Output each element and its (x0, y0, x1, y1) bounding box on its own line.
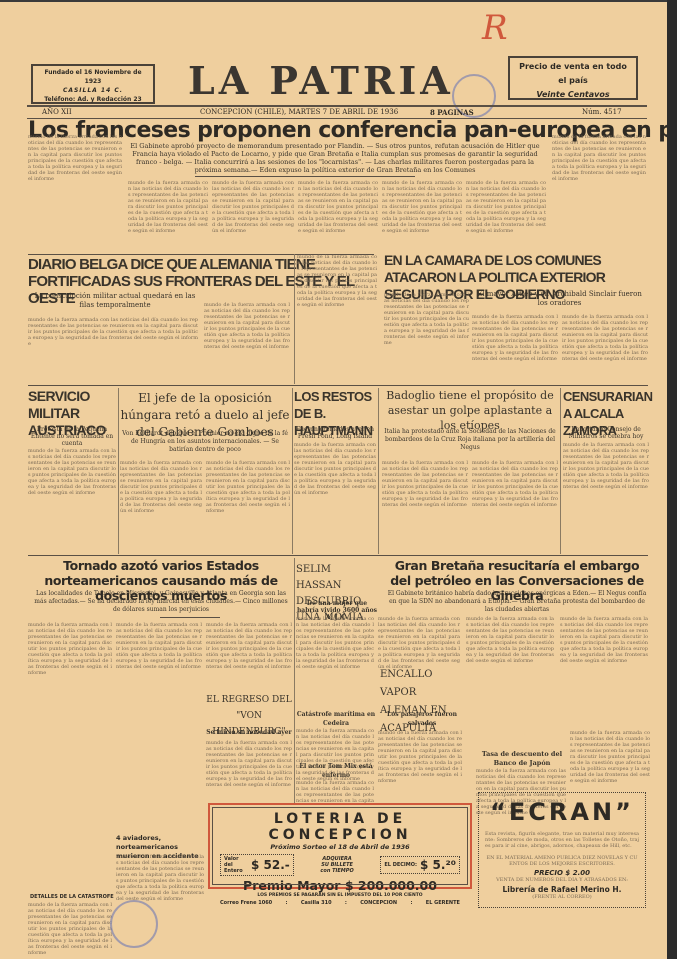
tornado-deck: Las localidades de Tupelo en Mississipi,… (32, 590, 290, 614)
article-body: mundo de la fuerza armada con las notici… (570, 730, 650, 782)
dateline: CONCEPCION (CHILE), MARTES 7 DE ABRIL DE… (200, 108, 398, 117)
badoglio-deck: Italia ha protestado ante la Sociedad de… (382, 428, 558, 452)
petroleo-deck: El Gabinete británico habría dado instru… (386, 590, 648, 614)
tommix-headline: El actor Tom Mix está enfermo (296, 762, 376, 780)
ecran-title: “ECRAN” (485, 797, 639, 827)
article-body: mundo de la fuerza armada con las notici… (466, 616, 554, 726)
article-body: mundo de la fuerza armada con las notici… (382, 180, 462, 246)
price-box: Precio de venta en todo el país Veinte C… (508, 56, 638, 100)
newspaper-page: R Fundado el 16 Noviembre de 1923 CASILL… (0, 2, 667, 959)
article-body: mundo de la fuerza armada con las notici… (212, 180, 294, 252)
page-count: 8 PAGINAS (430, 108, 474, 117)
tornado-subhead: DETALLES DE LA CATASTROFE (30, 894, 114, 900)
article-body: mundo de la fuerza armada con las notici… (476, 768, 566, 782)
article-body: mundo de la fuerza armada con las notici… (563, 442, 649, 552)
article-body: mundo de la fuerza armada con las notici… (28, 134, 122, 249)
buy-reminder: ADQUIERA SU BILLETE con TIEMPO (320, 856, 353, 874)
article-body: mundo de la fuerza armada con las notici… (466, 180, 546, 246)
entero-price: Valor del Entero $ 52.- (220, 854, 294, 876)
article-body: mundo de la fuerza armada con las notici… (472, 460, 558, 552)
masthead-info-box: Fundado el 16 Noviembre de 1923 CASILLA … (31, 64, 155, 104)
ecran-address: (FRENTE AL CORREO) (485, 894, 639, 900)
cedeira-headline: Catástrofe marítima en Cedeira (296, 710, 376, 728)
lottery-footer: Correo Frene 1060: Casilla 310: CONCEPCI… (220, 900, 460, 906)
lottery-title: LOTERIA DE CONCEPCION (220, 811, 460, 843)
article-body: mundo de la fuerza armada con las notici… (206, 740, 292, 800)
red-pencil-mark: R (482, 8, 508, 48)
article-body: mundo de la fuerza armada con las notici… (120, 460, 202, 552)
reminder-line: con TIEMPO (320, 868, 353, 874)
issue-year: AÑO XII (42, 108, 72, 117)
article-body: mundo de la fuerza armada con las notici… (472, 314, 558, 384)
page-edge (667, 0, 677, 959)
japon-headline: Tasa de descuento del Banco de Japón (476, 750, 568, 768)
manager-text: EL GERENTE (426, 900, 460, 906)
article-body: mundo de la fuerza armada con las notici… (28, 902, 112, 922)
po-box-text: Casilla 310 (301, 900, 332, 906)
article-body: mundo de la fuerza armada con las notici… (28, 622, 112, 892)
decimo-value: $ 5.²⁰ (420, 858, 456, 872)
article-body: mundo de la fuerza armada con las notici… (552, 134, 646, 244)
article-body: mundo de la fuerza armada con las notici… (297, 254, 377, 382)
article-body: mundo de la fuerza armada con las notici… (384, 292, 469, 384)
hindenburg-deck: Se inició su novedad ayer (206, 728, 292, 737)
phone-text: Teléfono: Ad. y Redacción 23 (37, 95, 149, 104)
issue-number: Núm. 4517 (582, 108, 622, 117)
ecran-ad: “ECRAN” Esta revista, figurín elegante, … (478, 792, 646, 908)
article-body: mundo de la fuerza armada con las notici… (28, 448, 116, 552)
article-body: mundo de la fuerza armada con las notici… (382, 460, 468, 552)
article-body: mundo de la fuerza armada con las notici… (116, 622, 202, 822)
article-body: mundo de la fuerza armada con las notici… (128, 180, 208, 252)
prize-note: LOS PREMIOS SE PAGARAN SIN EL IMPUESTO D… (220, 893, 460, 898)
acapulco-deck: Los pasajeros fueron salvados (380, 710, 464, 728)
article-body: mundo de la fuerza armada con las notici… (206, 460, 290, 552)
article-body: mundo de la fuerza armada con las notici… (296, 780, 374, 802)
founded-text: Fundado el 16 Noviembre de 1923 (37, 68, 149, 86)
article-body: mundo de la fuerza armada con las notici… (562, 314, 648, 384)
comunes-deck: El mayor Attlee y sir Archibald Sinclair… (472, 290, 647, 308)
article-body: mundo de la fuerza armada con las notici… (296, 728, 374, 760)
price-value: Veinte Centavos (514, 88, 632, 102)
entero-label: Valor del Entero (224, 856, 248, 874)
article-body: mundo de la fuerza armada con las notici… (28, 317, 198, 381)
grand-prize: Premio Mayor $ 200.000.00 (220, 878, 460, 893)
ecran-body-2: EN EL MATERIAL AMENO PUBLICA DIEZ NOVELA… (485, 855, 639, 867)
article-body: mundo de la fuerza armada con las notici… (298, 180, 378, 252)
ecran-sale: VENTA DE NUMEROS DEL DIA Y ATRASADOS EN: (485, 877, 639, 883)
article-body: mundo de la fuerza armada con las notici… (204, 302, 290, 382)
ecran-shop: Librería de Rafael Merino H. (485, 885, 639, 894)
belga-deck: La conscripción militar actual quedará e… (30, 292, 200, 310)
lottery-ad: LOTERIA DE CONCEPCION Próximo Sorteo el … (208, 803, 472, 889)
entero-value: $ 52.- (251, 858, 290, 872)
ecran-body: Esta revista, figurín elegante, trae un … (485, 831, 639, 855)
address-text: Correo Frene 1060 (220, 900, 272, 906)
price-label: Precio de venta en todo el país (514, 60, 632, 88)
lead-deck: El Gabinete aprobó proyecto de memorandu… (130, 142, 540, 174)
newspaper-title: LA PATRIA (188, 58, 454, 103)
austriaco-deck: Protesta de la Pequeña Entente no será t… (28, 426, 116, 447)
hauptmann-deck: Fueron cremados ayer en Fresh Pond, Long… (294, 426, 376, 440)
article-body: mundo de la fuerza armada con las notici… (206, 622, 292, 684)
po-box-text: CASILLA 14 C. (37, 86, 149, 95)
decimo-price: EL DECIMO: $ 5.²⁰ (380, 856, 460, 874)
article-body: mundo de la fuerza armada con las notici… (378, 730, 462, 802)
city-text: CONCEPCION (360, 900, 397, 906)
hungara-deck: Von Eckhardt dijo que el Premier no era … (120, 430, 290, 454)
article-body: mundo de la fuerza armada con las notici… (378, 616, 460, 664)
zamora-deck: Importante Consejo de Ministros se celeb… (563, 426, 649, 440)
decimo-label: EL DECIMO: (384, 862, 417, 868)
badoglio-headline: Badoglio tiene el propósito de asestar u… (382, 388, 558, 433)
article-body: mundo de la fuerza armada con las notici… (296, 616, 374, 686)
ecran-price: PRECIO $ 2.00 (485, 869, 639, 877)
article-body: mundo de la fuerza armada con las notici… (294, 442, 376, 552)
article-body: mundo de la fuerza armada con las notici… (560, 616, 648, 726)
library-stamp (110, 900, 158, 948)
lottery-subtitle: Próximo Sorteo el 18 de Abril de 1936 (220, 843, 460, 851)
